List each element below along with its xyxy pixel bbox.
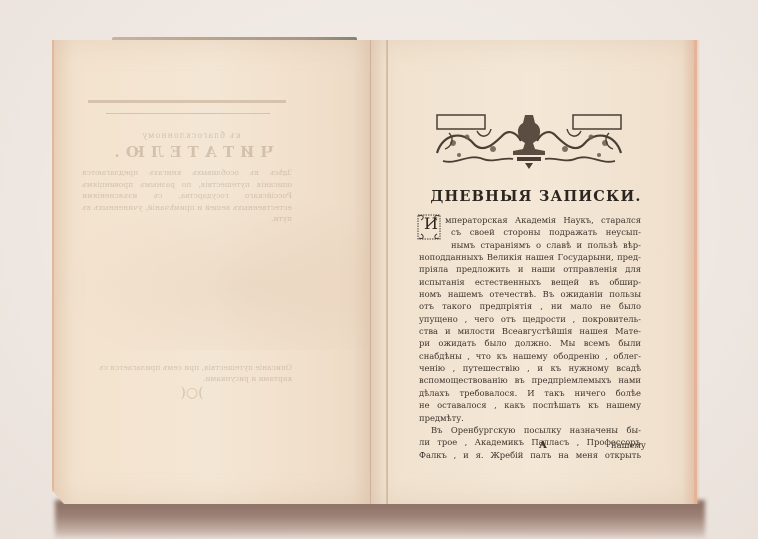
text-line: ри ожидать было должно. Мы всемъ были [419, 337, 641, 349]
text-line: предмѣту. [419, 412, 641, 424]
ghost-rule-thin [106, 113, 270, 114]
gutter-line [386, 40, 388, 504]
text-line: ли трое , Академикъ Палласъ , Профессоръ [419, 436, 641, 448]
text-line: испытанія естественныхъ вещей въ обшир- [419, 276, 641, 288]
ghost-footer-text: Описаніе путешествія, при семъ прилагает… [82, 362, 292, 384]
headpiece-ornament-icon [433, 113, 625, 170]
ghost-ornament: )○( [172, 385, 212, 401]
right-page: ДНЕВНЫЯ ЗАПИСКИ. И мператорская Академія… [370, 40, 697, 504]
body-text: И мператорская Академія Наукъ, старался … [419, 214, 641, 461]
ghost-rule-thick [88, 100, 286, 103]
book-shadow [55, 500, 705, 539]
open-book: къ благосклонному ЧИТАТЕЛЮ. Здѣсь въ осо… [52, 40, 696, 505]
ghost-title: ЧИТАТЕЛЮ. [114, 143, 274, 161]
text-line: пріяла предложить и наши отправленія для [419, 263, 641, 275]
text-line: Фалкъ , и я. Жребій палъ на меня открыть [419, 449, 641, 461]
text-line: номъ нашемъ отечествѣ. Въ ожиданіи польз… [419, 288, 641, 300]
text-line: мператорская Академія Наукъ, старался [419, 214, 641, 226]
text-line: дѣлахъ требовалося. И такъ ничего болѣе [419, 387, 641, 399]
ghost-body-text: Здѣсь въ особливыхъ книгахъ предлагаются… [82, 167, 292, 225]
text-line: вспомоществованію въ предпріемлемыхъ нам… [419, 374, 641, 386]
text-line: ства и милости Всеавгустѣйшія нашея Мате… [419, 325, 641, 337]
left-page: къ благосклонному ЧИТАТЕЛЮ. Здѣсь въ осо… [52, 40, 372, 504]
page-heading: ДНЕВНЫЯ ЗАПИСКИ. [421, 188, 651, 205]
page-edge [694, 40, 700, 504]
drop-cap-letter: И [424, 218, 438, 230]
catchword: нашему [611, 440, 646, 450]
text-line: Въ Оренбургскую посылку назначены бы- [419, 424, 641, 436]
text-line: отъ такого предпріятія , ни мало не было [419, 300, 641, 312]
text-line: не оставалося , какъ поспѣшать къ нашему [419, 399, 641, 411]
signature-mark: A [539, 440, 547, 451]
text-line: нымъ стараніямъ о славѣ и пользѣ вѣр- [419, 239, 641, 251]
text-line: ноподданныхъ Великія нашея Государыни, п… [419, 251, 641, 263]
text-line: съ своей стороны подражать неусып- [419, 226, 641, 238]
text-line: упущено , чего отъ щедрости , покровител… [419, 313, 641, 325]
text-line: снабдѣны , что къ нашему ободренію , обл… [419, 350, 641, 362]
ghost-subtitle: къ благосклонному [126, 131, 256, 140]
text-line: ченію , путешествію , и къ нужному всадѣ [419, 362, 641, 374]
